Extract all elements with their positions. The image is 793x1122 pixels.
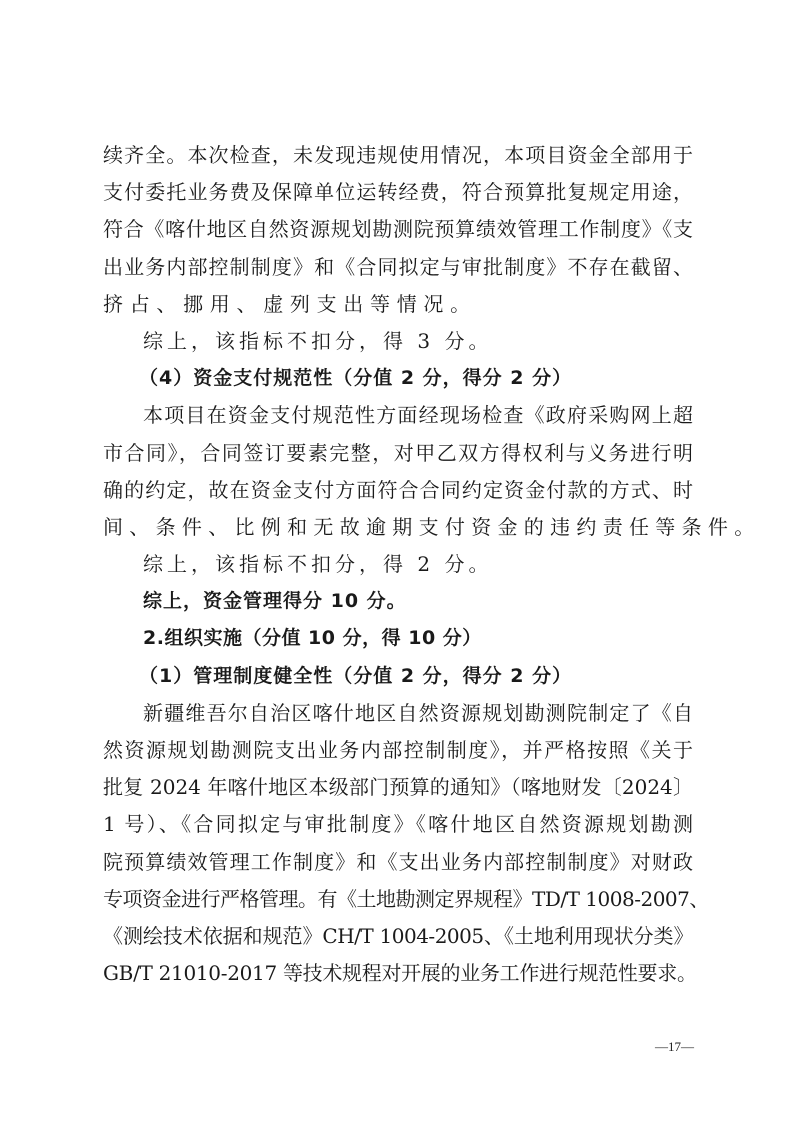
- section-heading: （1）管理制度健全性（分值 2 分，得分 2 分）: [103, 658, 693, 695]
- score-summary: 综上，该指标不扣分，得 2 分。: [103, 546, 693, 583]
- paragraph-line: 院预算绩效管理工作制度》和《支出业务内部控制制度》对财政: [103, 844, 693, 881]
- page-number: —17—: [655, 1039, 694, 1055]
- section-heading: 2.组织实施（分值 10 分，得 10 分）: [103, 620, 693, 657]
- paragraph-line: 市合同》，合同签订要素完整，对甲乙双方得权利与义务进行明: [103, 435, 693, 472]
- paragraph-line: 支付委托业务费及保障单位运转经费，符合预算批复规定用途，: [103, 174, 693, 211]
- document-page: 续齐全。本次检查，未发现违规使用情况，本项目资金全部用于 支付委托业务费及保障单…: [103, 137, 693, 992]
- paragraph-line: GB/T 21010-2017 等技术规程对开展的业务工作进行规范性要求。: [103, 955, 693, 992]
- paragraph-line: 《测绘技术依据和规范》CH/T 1004-2005、《土地利用现状分类》: [103, 918, 693, 955]
- paragraph-line: 然资源规划勘测院支出业务内部控制制度》，并严格按照《关于: [103, 732, 693, 769]
- paragraph-line: 符合《喀什地区自然资源规划勘测院预算绩效管理工作制度》《支: [103, 211, 693, 248]
- paragraph-line: 1 号）、《合同拟定与审批制度》《喀什地区自然资源规划勘测: [103, 806, 693, 843]
- paragraph-line: 续齐全。本次检查，未发现违规使用情况，本项目资金全部用于: [103, 137, 693, 174]
- section-summary: 综上，资金管理得分 10 分。: [103, 583, 693, 620]
- paragraph-line: 专项资金进行严格管理。有《土地勘测定界规程》TD/T 1008-2007、: [103, 881, 693, 918]
- paragraph-line: 确的约定，故在资金支付方面符合合同约定资金付款的方式、时: [103, 472, 693, 509]
- paragraph-line: 新疆维吾尔自治区喀什地区自然资源规划勘测院制定了《自: [103, 695, 693, 732]
- section-heading: （4）资金支付规范性（分值 2 分，得分 2 分）: [103, 360, 693, 397]
- paragraph-line: 出业务内部控制制度》和《合同拟定与审批制度》不存在截留、: [103, 249, 693, 286]
- paragraph-line: 间、条件、比例和无故逾期支付资金的违约责任等条件。: [103, 509, 693, 546]
- paragraph-line: 挤占、挪用、虚列支出等情况。: [103, 286, 693, 323]
- paragraph-line: 本项目在资金支付规范性方面经现场检查《政府采购网上超: [103, 397, 693, 434]
- score-summary: 综上，该指标不扣分，得 3 分。: [103, 323, 693, 360]
- paragraph-line: 批复 2024 年喀什地区本级部门预算的通知》（喀地财发〔2024〕: [103, 769, 693, 806]
